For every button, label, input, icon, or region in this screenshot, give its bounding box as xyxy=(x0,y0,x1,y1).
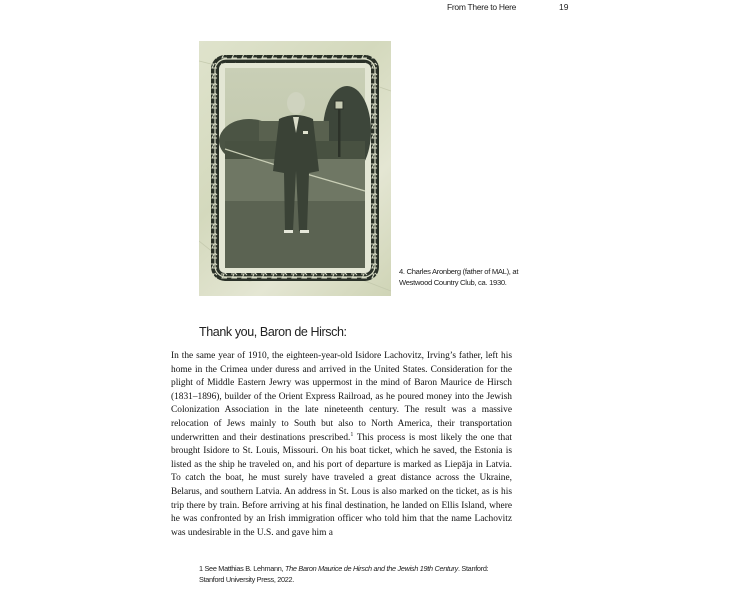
running-head-title: From There to Here xyxy=(447,2,516,12)
figure-caption: 4. Charles Aronberg (father of MAL), at … xyxy=(399,266,519,288)
body-paragraph: In the same year of 1910, the eighteen-y… xyxy=(171,350,512,540)
body-text-part2: This process is most likely the one that… xyxy=(171,433,512,538)
footnote: 1 See Matthias B. Lehmann, The Baron Mau… xyxy=(199,563,514,585)
footnote-book-title: The Baron Maurice de Hirsch and the Jewi… xyxy=(285,564,458,573)
body-text-part1: In the same year of 1910, the eighteen-y… xyxy=(171,351,512,443)
page-number: 19 xyxy=(559,2,568,12)
section-heading: Thank you, Baron de Hirsch: xyxy=(199,325,347,339)
figure-photograph xyxy=(199,41,391,296)
footnote-prefix: See Matthias B. Lehmann, xyxy=(203,564,285,573)
